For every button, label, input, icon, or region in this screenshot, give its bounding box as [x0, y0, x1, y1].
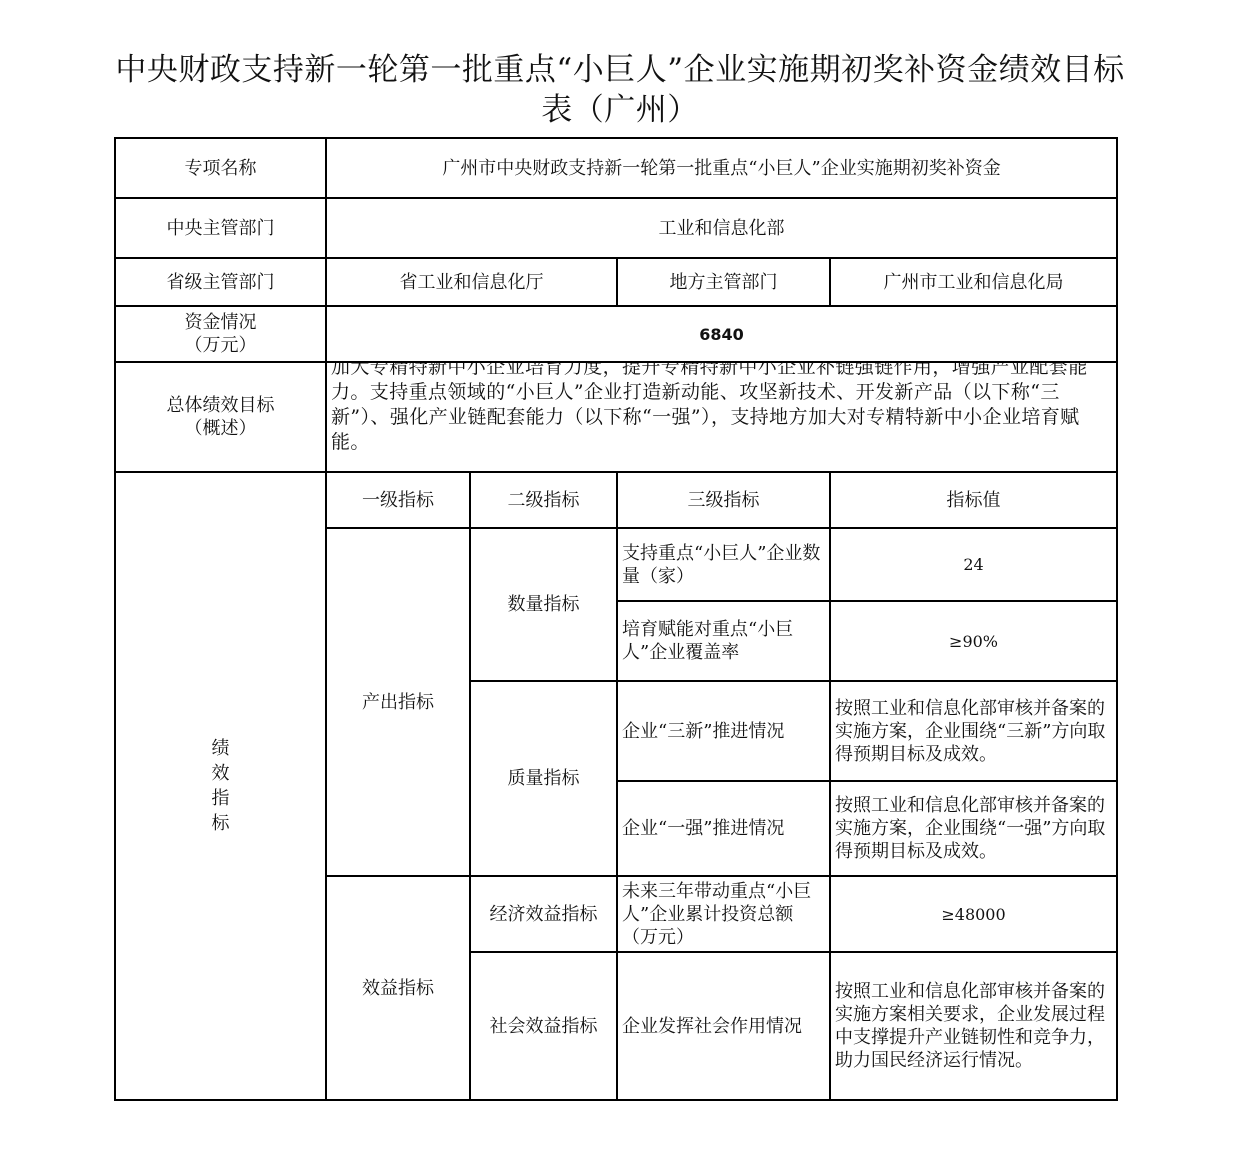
- vert-char: 指: [120, 786, 321, 811]
- goal-label-line1: 总体绩效目标: [120, 394, 321, 417]
- provincial-dept-value: 省工业和信息化厅: [326, 258, 617, 306]
- table-row-value: 24: [830, 528, 1117, 601]
- social-indicator: 社会效益指标: [470, 952, 617, 1100]
- economic-indicator: 经济效益指标: [470, 876, 617, 952]
- table-row-value: ≥90%: [830, 601, 1117, 681]
- header-level3: 三级指标: [617, 472, 830, 528]
- project-name-value: 广州市中央财政支持新一轮第一批重点“小巨人”企业实施期初奖补资金: [326, 138, 1117, 198]
- central-dept-value: 工业和信息化部: [326, 198, 1117, 258]
- goal-label: 总体绩效目标 （概述）: [115, 362, 326, 472]
- vert-char: 绩: [120, 736, 321, 761]
- header-value: 指标值: [830, 472, 1117, 528]
- central-dept-label: 中央主管部门: [115, 198, 326, 258]
- goal-label-line2: （概述）: [120, 417, 321, 440]
- vert-char: 效: [120, 761, 321, 786]
- funds-value: 6840: [326, 306, 1117, 362]
- table-row-l3: 支持重点“小巨人”企业数量（家）: [617, 528, 830, 601]
- vert-char: 标: [120, 811, 321, 836]
- output-indicator: 产出指标: [326, 528, 470, 876]
- table-row-l3: 企业“三新”推进情况: [617, 681, 830, 781]
- perf-indicator-label: 绩 效 指 标: [115, 472, 326, 1100]
- goal-value: 加大专精特新中小企业培育力度，提升专精特新中小企业补链强链作用，增强产业配套能力…: [331, 363, 1112, 455]
- funds-label: 资金情况 （万元）: [115, 306, 326, 362]
- table-row-value: 按照工业和信息化部审核并备案的实施方案相关要求，企业发展过程中支撑提升产业链韧性…: [830, 952, 1117, 1100]
- page-title: 中央财政支持新一轮第一批重点“小巨人”企业实施期初奖补资金绩效目标表（广州）: [100, 50, 1140, 130]
- header-level1: 一级指标: [326, 472, 470, 528]
- local-dept-label: 地方主管部门: [617, 258, 830, 306]
- quality-indicator: 质量指标: [470, 681, 617, 876]
- table-row-l3: 培育赋能对重点“小巨人”企业覆盖率: [617, 601, 830, 681]
- performance-goal-table: 专项名称 广州市中央财政支持新一轮第一批重点“小巨人”企业实施期初奖补资金 中央…: [114, 137, 1118, 1101]
- project-name-label: 专项名称: [115, 138, 326, 198]
- funds-label-line2: （万元）: [120, 334, 321, 357]
- provincial-dept-label: 省级主管部门: [115, 258, 326, 306]
- table-row-value: 按照工业和信息化部审核并备案的实施方案，企业围绕“三新”方向取得预期目标及成效。: [830, 681, 1117, 781]
- local-dept-value: 广州市工业和信息化局: [830, 258, 1117, 306]
- quantity-indicator: 数量指标: [470, 528, 617, 681]
- table-row-l3: 企业发挥社会作用情况: [617, 952, 830, 1100]
- table-row-l3: 企业“一强”推进情况: [617, 781, 830, 876]
- benefit-indicator: 效益指标: [326, 876, 470, 1100]
- table-row-l3: 未来三年带动重点“小巨人”企业累计投资总额（万元）: [617, 876, 830, 952]
- table-row-value: ≥48000: [830, 876, 1117, 952]
- funds-label-line1: 资金情况: [120, 311, 321, 334]
- header-level2: 二级指标: [470, 472, 617, 528]
- table-row-value: 按照工业和信息化部审核并备案的实施方案，企业围绕“一强”方向取得预期目标及成效。: [830, 781, 1117, 876]
- goal-value-cell: 加大专精特新中小企业培育力度，提升专精特新中小企业补链强链作用，增强产业配套能力…: [326, 362, 1117, 472]
